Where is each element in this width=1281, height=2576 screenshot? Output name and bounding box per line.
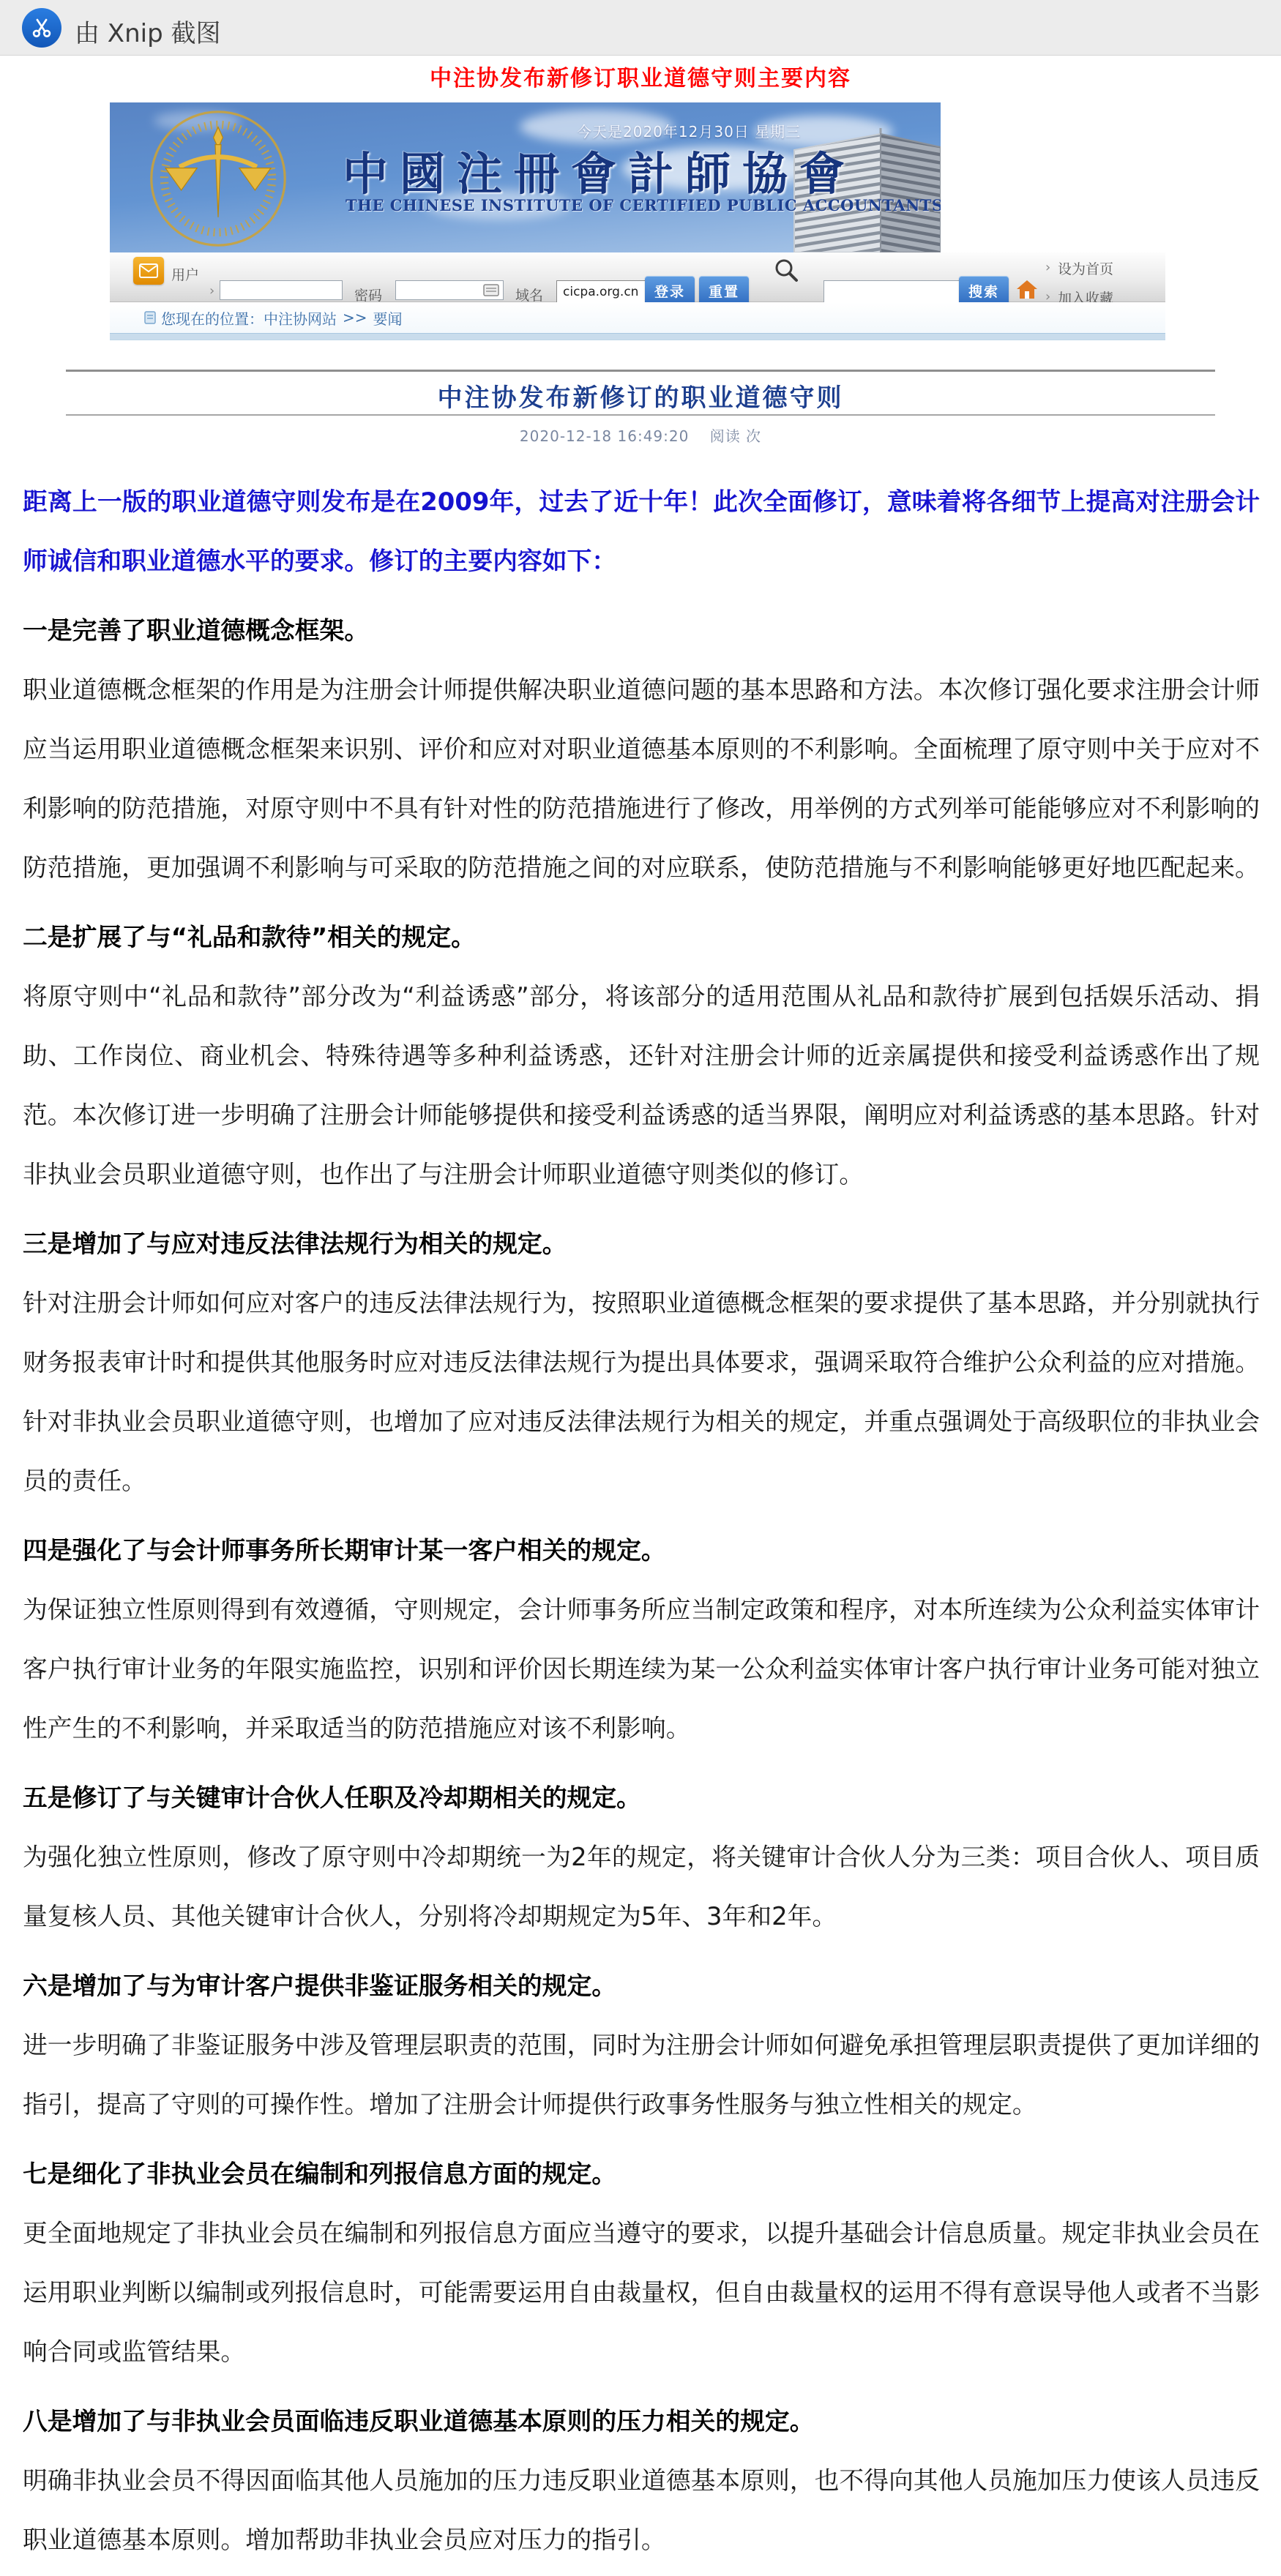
section-paragraph: 将原守则中“礼品和款待”部分改为“利益诱惑”部分，将该部分的适用范围从礼品和款待… (23, 967, 1260, 1204)
page: 由 Xnip 截图 中注协发布新修订职业道德守则主要内容 (0, 0, 1281, 2576)
breadcrumb: 您现在的位置： 中注协网站 >> 要闻 (110, 302, 1165, 333)
section-heading: 二是扩展了与“礼品和款待”相关的规定。 (23, 907, 1260, 967)
breadcrumb-separator: >> (343, 309, 367, 326)
login-search-toolbar: 用户 › 密码 域名 cicpa.org.cn ▼ 登录 重置 搜索 (110, 252, 1165, 302)
keyboard-icon[interactable] (483, 284, 499, 296)
divider (66, 370, 1215, 372)
search-input[interactable] (823, 280, 960, 303)
user-label: 用户 (171, 264, 199, 284)
section-paragraph: 为强化独立性原则，修改了原守则中冷却期统一为2年的规定，将关键审计合伙人分为三类… (23, 1827, 1260, 1946)
divider (110, 333, 1165, 340)
section-heading: 四是强化了与会计师事务所长期审计某一客户相关的规定。 (23, 1521, 1260, 1580)
page-title: 中注协发布新修订职业道德守则主要内容 (0, 60, 1281, 92)
banner-date-text: 今天是2020年12月30日 星期三 (577, 120, 801, 141)
link-arrow: › (1045, 260, 1050, 275)
section-heading: 八是增加了与非执业会员面临违反职业道德基本原则的压力相关的规定。 (23, 2392, 1260, 2451)
article-title: 中注协发布新修订的职业道德守则 (66, 378, 1215, 413)
xnip-caption: 由 Xnip 截图 (75, 13, 220, 49)
search-icon (772, 257, 800, 285)
xnip-capture-bar: 由 Xnip 截图 (0, 0, 1281, 56)
password-label: 密码 (354, 285, 382, 304)
org-name-chinese: 中國注冊會計師協會 (343, 138, 899, 203)
section-paragraph: 更全面地规定了非执业会员在编制和列报信息方面应当遵守的要求，以提升基础会计信息质… (23, 2204, 1260, 2381)
section-paragraph: 为保证独立性原则得到有效遵循，守则规定，会计师事务所应当制定政策和程序，对本所连… (23, 1580, 1260, 1758)
section-paragraph: 职业道德概念框架的作用是为注册会计师提供解决职业道德问题的基本思路和方法。本次修… (23, 660, 1260, 897)
search-button[interactable]: 搜索 (959, 276, 1009, 305)
section-paragraph: 进一步明确了非鉴证服务中涉及管理层职责的范围，同时为注册会计师如何避免承担管理层… (23, 2015, 1260, 2134)
home-icon[interactable] (1016, 279, 1038, 299)
section-heading: 六是增加了与为审计客户提供非鉴证服务相关的规定。 (23, 1956, 1260, 2015)
domain-select-value: cicpa.org.cn (557, 285, 658, 299)
field-arrow: › (209, 283, 214, 299)
cicpa-banner: 中國注冊會計師協會 THE CHINESE INSTITUTE OF CERTI… (110, 102, 941, 252)
section-heading: 一是完善了职业道德概念框架。 (23, 601, 1260, 660)
org-name-english: THE CHINESE INSTITUTE OF CERTIFIED PUBLI… (346, 196, 941, 214)
username-input[interactable] (220, 280, 343, 300)
login-button[interactable]: 登录 (645, 276, 695, 305)
breadcrumb-label: 您现在的位置： (161, 307, 264, 329)
section-heading: 七是细化了非执业会员在编制和列报信息方面的规定。 (23, 2144, 1260, 2204)
divider (66, 414, 1215, 416)
reset-button[interactable]: 重置 (699, 276, 749, 305)
domain-label: 域名 (515, 285, 543, 304)
section-paragraph: 明确非执业会员不得因面临其他人员施加的压力违反职业道德基本原则，也不得向其他人员… (23, 2451, 1260, 2569)
site-header: 中國注冊會計師協會 THE CHINESE INSTITUTE OF CERTI… (110, 102, 1165, 340)
section-paragraph: 针对注册会计师如何应对客户的违反法律法规行为，按照职业道德概念框架的要求提供了基… (23, 1273, 1260, 1510)
mail-icon (133, 257, 164, 285)
cicpa-logo (148, 108, 288, 249)
location-icon (143, 310, 157, 325)
article-meta: 2020-12-18 16:49:20 阅读 次 (66, 424, 1215, 446)
breadcrumb-site-link[interactable]: 中注协网站 (264, 307, 337, 329)
article-body: 距离上一版的职业道德守则发布是在2009年，过去了近十年！此次全面修订，意味着将… (23, 472, 1260, 2569)
article-intro: 距离上一版的职业道德守则发布是在2009年，过去了近十年！此次全面修订，意味着将… (23, 472, 1260, 591)
section-heading: 三是增加了与应对违反法律法规行为相关的规定。 (23, 1214, 1260, 1273)
breadcrumb-section-link[interactable]: 要闻 (373, 307, 403, 329)
section-heading: 五是修订了与关键审计合伙人任职及冷却期相关的规定。 (23, 1768, 1260, 1827)
xnip-scissors-icon (22, 8, 61, 48)
set-home-link[interactable]: 设为首页 (1058, 258, 1113, 278)
